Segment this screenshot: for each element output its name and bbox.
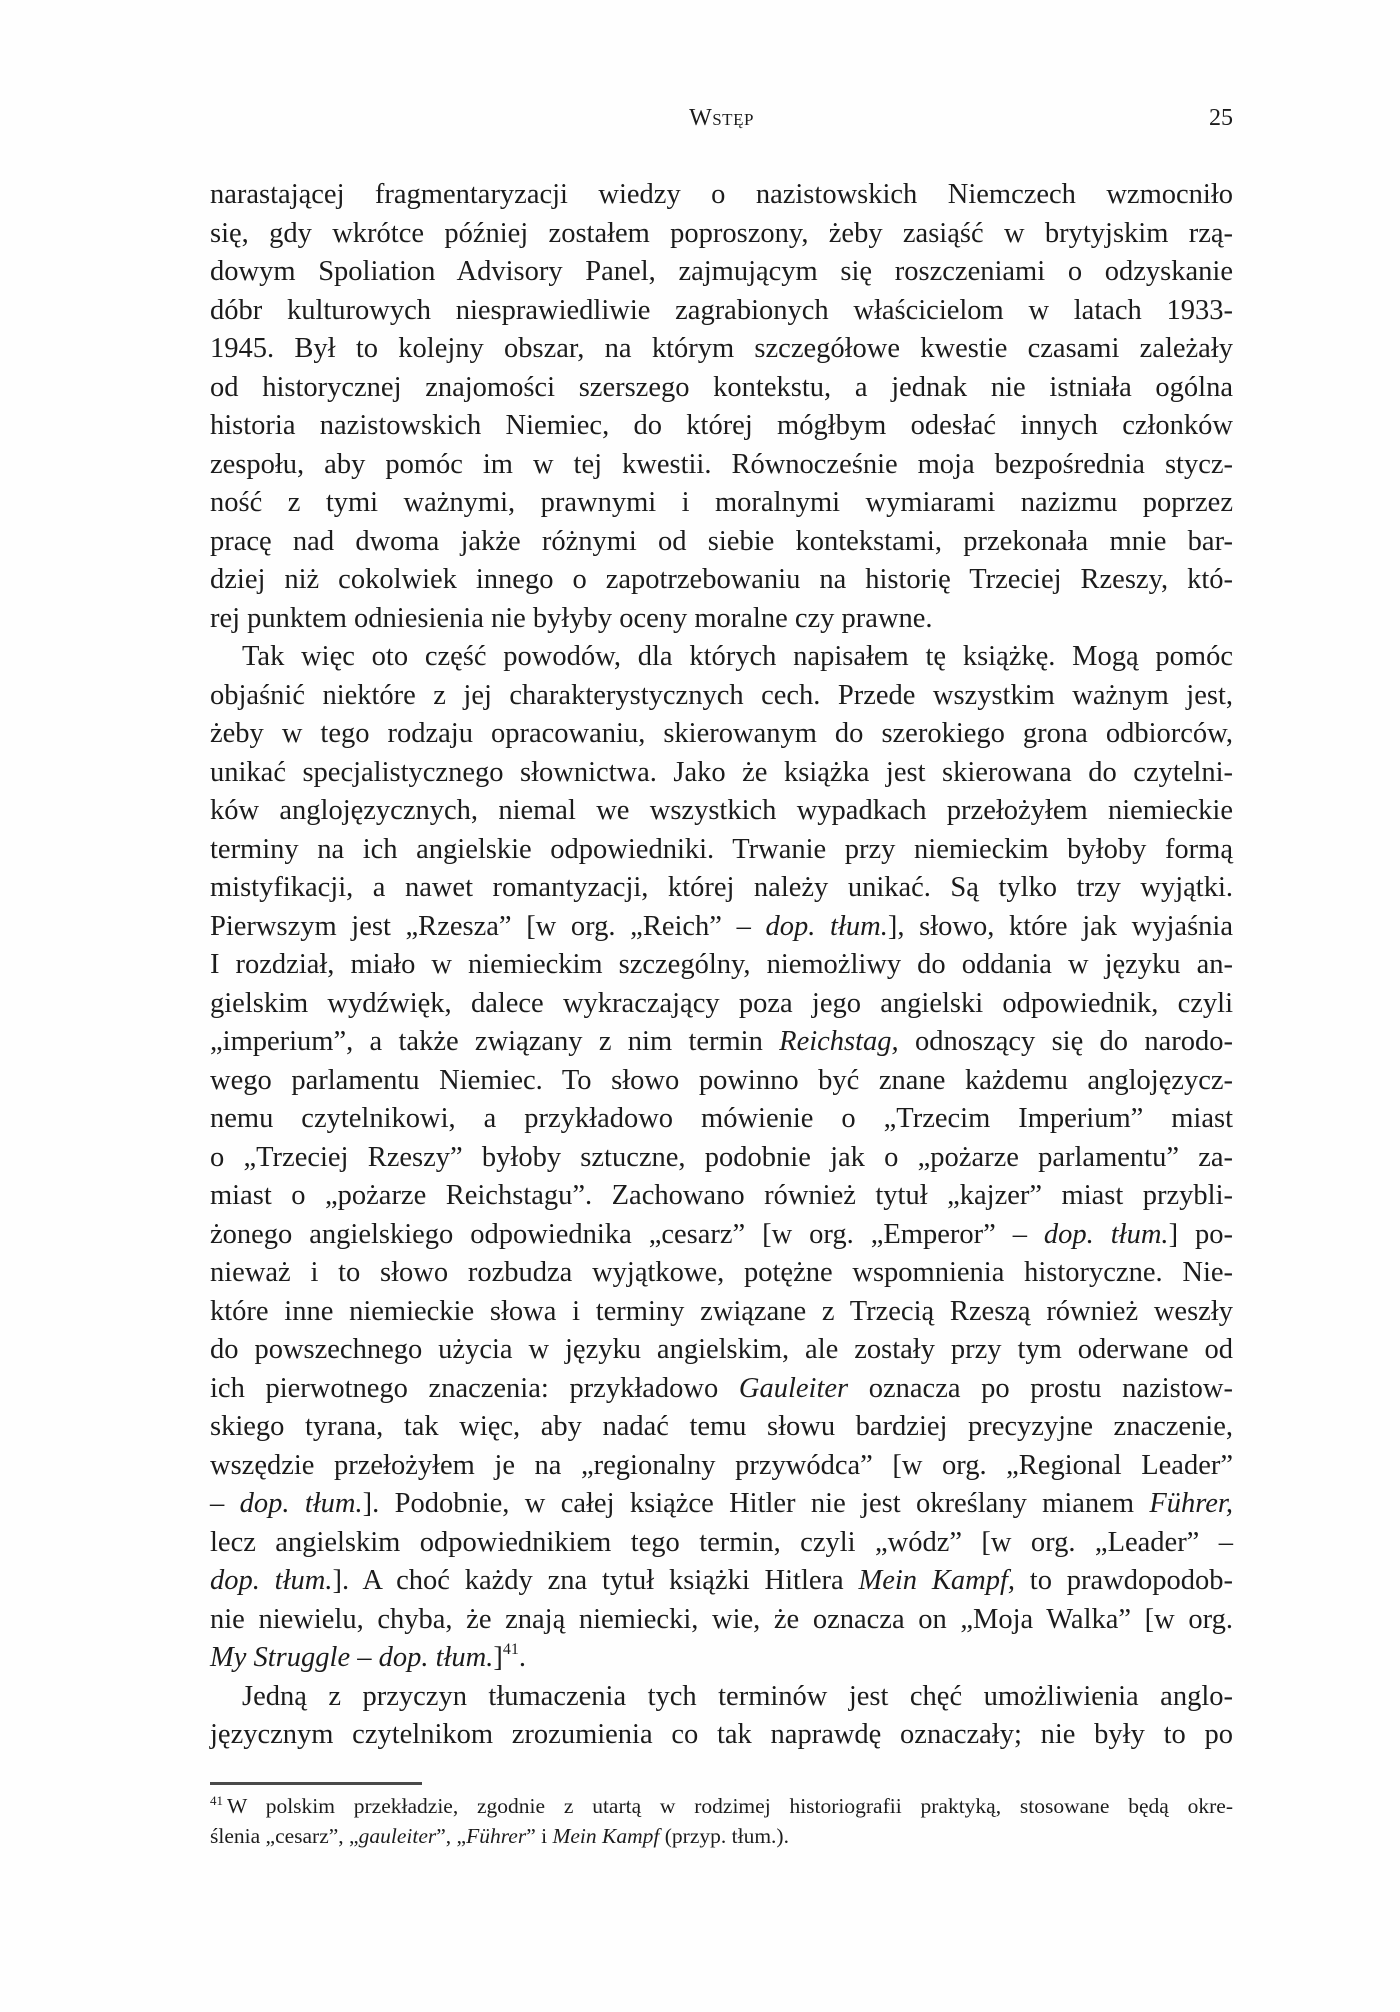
text-line: „imperium”, a także związany z nim termi… xyxy=(210,1023,1233,1062)
text-line: dziej niż cokolwiek innego o zapotrzebow… xyxy=(210,561,1233,600)
text-line: dop. tłum.]. A choć każdy zna tytuł ksią… xyxy=(210,1562,1233,1601)
text-line: skiego tyrana, tak więc, aby nadać temu … xyxy=(210,1408,1233,1447)
text-line: pracę nad dwoma jakże różnymi od siebie … xyxy=(210,523,1233,562)
text-line: zespołu, aby pomóc im w tej kwestii. Rów… xyxy=(210,446,1233,485)
text-line: historia nazistowskich Niemiec, do które… xyxy=(210,407,1233,446)
text-line: objaśnić niektóre z jej charakterystyczn… xyxy=(210,677,1233,716)
footnote-separator xyxy=(210,1782,422,1785)
text-line: I rozdział, miało w niemieckim szczególn… xyxy=(210,946,1233,985)
text-line: lecz angielskim odpowiednikiem tego term… xyxy=(210,1524,1233,1563)
text-line: 1945. Był to kolejny obszar, na którym s… xyxy=(210,330,1233,369)
page-number: 25 xyxy=(1209,100,1233,136)
footnotes: 41W polskim przekładzie, zgodnie z utart… xyxy=(210,1791,1233,1851)
text-line: dowym Spoliation Advisory Panel, zajmują… xyxy=(210,253,1233,292)
footnote-number: 41 xyxy=(210,1793,223,1808)
running-title: Wstęp xyxy=(210,100,1233,136)
footnote-line: 41W polskim przekładzie, zgodnie z utart… xyxy=(210,1791,1233,1821)
text-line: rej punktem odniesienia nie byłyby oceny… xyxy=(210,600,1233,639)
text-line: do powszechnego użycia w języku angielsk… xyxy=(210,1331,1233,1370)
text-line: terminy na ich angielskie odpowiedniki. … xyxy=(210,831,1233,870)
text-line: mistyfikacji, a nawet romantyzacji, któr… xyxy=(210,869,1233,908)
text-line: unikać specjalistycznego słownictwa. Jak… xyxy=(210,754,1233,793)
text-line: ich pierwotnego znaczenia: przykładowo G… xyxy=(210,1370,1233,1409)
footnote-reference[interactable]: 41 xyxy=(503,1641,519,1658)
paragraph-start-line: Jedną z przyczyn tłumaczenia tych termin… xyxy=(210,1678,1233,1717)
text-line: nemu czytelnikowi, a przykładowo mówieni… xyxy=(210,1100,1233,1139)
text-line: które inne niemieckie słowa i terminy zw… xyxy=(210,1293,1233,1332)
text-line: ność z tymi ważnymi, prawnymi i moralnym… xyxy=(210,484,1233,523)
text-line: ków anglojęzycznych, niemal we wszystkic… xyxy=(210,792,1233,831)
text-line: – dop. tłum.]. Podobnie, w całej książce… xyxy=(210,1485,1233,1524)
text-line: się, gdy wkrótce później zostałem popros… xyxy=(210,215,1233,254)
footnote-line: ślenia „cesarz”, „gauleiter”, „Führer” i… xyxy=(210,1821,1233,1851)
text-line: nieważ i to słowo rozbudza wyjątkowe, po… xyxy=(210,1254,1233,1293)
running-head: Wstęp 25 xyxy=(210,100,1233,136)
text-line: Pierwszym jest „Rzesza” [w org. „Reich” … xyxy=(210,908,1233,947)
text-line: od historycznej znajomości szerszego kon… xyxy=(210,369,1233,408)
text-line: wego parlamentu Niemiec. To słowo powinn… xyxy=(210,1062,1233,1101)
text-line: miast o „pożarze Reichstagu”. Zachowano … xyxy=(210,1177,1233,1216)
text-line: o „Trzeciej Rzeszy” byłoby sztuczne, pod… xyxy=(210,1139,1233,1178)
text-line: wszędzie przełożyłem je na „regionalny p… xyxy=(210,1447,1233,1486)
text-line: języcznym czytelnikom zrozumienia co tak… xyxy=(210,1716,1233,1755)
text-line: żeby w tego rodzaju opracowaniu, skierow… xyxy=(210,715,1233,754)
text-line: gielskim wydźwięk, dalece wykraczający p… xyxy=(210,985,1233,1024)
paragraph-start-line: Tak więc oto część powodów, dla których … xyxy=(210,638,1233,677)
body-text: narastającej fragmentaryzacji wiedzy o n… xyxy=(210,176,1233,1755)
text-line: narastającej fragmentaryzacji wiedzy o n… xyxy=(210,176,1233,215)
text-line: nie niewielu, chyba, że znają niemiecki,… xyxy=(210,1601,1233,1640)
text-line: My Struggle – dop. tłum.]41. xyxy=(210,1639,1233,1678)
text-line: żonego angielskiego odpowiednika „cesarz… xyxy=(210,1216,1233,1255)
text-line: dóbr kulturowych niesprawiedliwie zagrab… xyxy=(210,292,1233,331)
book-page: Wstęp 25 narastającej fragmentaryzacji w… xyxy=(0,0,1400,2012)
